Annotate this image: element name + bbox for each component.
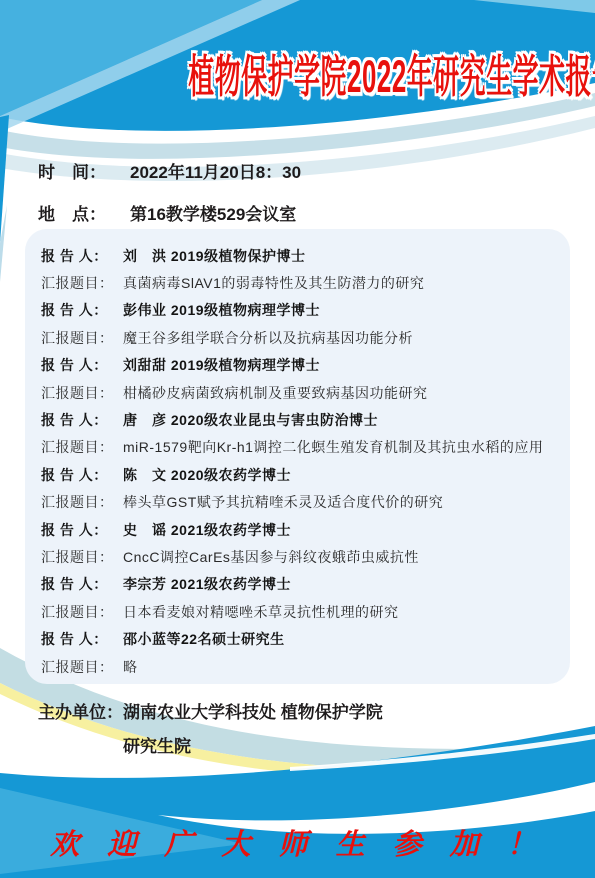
organizer-line2: 研究生院 (123, 730, 383, 764)
speaker-row: 报 告 人： 彭伟业 2019级植物病理学博士 (41, 297, 556, 324)
place-label: 地 点： (38, 200, 130, 225)
speaker-label: 报 告 人： (41, 574, 123, 594)
topic-value: 棒头草GST赋予其抗精喹禾灵及适合度代价的研究 (123, 492, 443, 512)
speaker-value: 陈 文 2020级农药学博士 (123, 465, 291, 485)
topic-value: 柑橘砂皮病菌致病机制及重要致病基因功能研究 (123, 383, 428, 403)
organizer-names: 湖南农业大学科技处 植物保护学院 (123, 696, 383, 730)
topic-value: 日本看麦娘对精噁唑禾草灵抗性机理的研究 (123, 602, 399, 622)
speaker-label: 报 告 人： (41, 465, 123, 485)
time-value: 2022年11月20日8：30 (130, 158, 301, 183)
welcome-wrap: 欢 迎 广 大 师 生 参 加 ！ (0, 822, 595, 863)
speaker-label: 报 告 人： (41, 410, 123, 430)
place-value: 第16教学楼529会议室 (130, 200, 296, 225)
speaker-label: 报 告 人： (41, 246, 123, 266)
time-row: 时 间： 2022年11月20日8：30 (38, 158, 301, 183)
time-label: 时 间： (38, 158, 130, 183)
speaker-value: 李宗芳 2021级农药学博士 (123, 574, 291, 594)
speaker-row: 报 告 人： 史 谣 2021级农药学博士 (41, 516, 556, 543)
topic-label: 汇报题目： (41, 273, 123, 293)
topic-row: 汇报题目： 棒头草GST赋予其抗精喹禾灵及适合度代价的研究 (41, 489, 556, 516)
topic-row: 汇报题目： CncC调控CarEs基因参与斜纹夜蛾茚虫威抗性 (41, 543, 556, 570)
speaker-value: 刘 洪 2019级植物保护博士 (123, 246, 306, 266)
speaker-row: 报 告 人： 刘甜甜 2019级植物病理学博士 (41, 352, 556, 379)
topic-label: 汇报题目： (41, 547, 123, 567)
welcome-text: 欢 迎 广 大 师 生 参 加 ！ (50, 827, 545, 861)
topic-label: 汇报题目： (41, 492, 123, 512)
topic-value: miR-1579靶向Kr-h1调控二化螟生殖发育机制及其抗虫水稻的应用 (123, 437, 543, 457)
topic-row: 汇报题目： 真菌病毒SlAV1的弱毒特性及其生防潜力的研究 (41, 269, 556, 296)
topic-value: 真菌病毒SlAV1的弱毒特性及其生防潜力的研究 (123, 273, 424, 293)
topic-label: 汇报题目： (41, 383, 123, 403)
topic-row: 汇报题目： 略 (41, 653, 556, 680)
topic-row: 汇报题目： 柑橘砂皮病菌致病机制及重要致病基因功能研究 (41, 379, 556, 406)
speaker-label: 报 告 人： (41, 355, 123, 375)
topic-row: 汇报题目： miR-1579靶向Kr-h1调控二化螟生殖发育机制及其抗虫水稻的应… (41, 434, 556, 461)
topic-value: CncC调控CarEs基因参与斜纹夜蛾茚虫威抗性 (123, 547, 419, 567)
speaker-row: 报 告 人： 陈 文 2020级农药学博士 (41, 461, 556, 488)
speaker-row: 报 告 人： 邵小蓝等22名硕士研究生 (41, 625, 556, 652)
agenda-panel: 报 告 人： 刘 洪 2019级植物保护博士 汇报题目： 真菌病毒SlAV1的弱… (25, 229, 570, 684)
topic-row: 汇报题目： 魔王谷多组学联合分析以及抗病基因功能分析 (41, 324, 556, 351)
speaker-value: 邵小蓝等22名硕士研究生 (123, 629, 285, 649)
speaker-value: 彭伟业 2019级植物病理学博士 (123, 300, 320, 320)
speaker-row: 报 告 人： 李宗芳 2021级农药学博士 (41, 571, 556, 598)
topic-value: 略 (123, 657, 138, 677)
topic-label: 汇报题目： (41, 328, 123, 348)
speaker-label: 报 告 人： (41, 520, 123, 540)
topic-row: 汇报题目： 日本看麦娘对精噁唑禾草灵抗性机理的研究 (41, 598, 556, 625)
organizer-line1: 主办单位： 湖南农业大学科技处 植物保护学院 (38, 696, 383, 730)
poster-title: 植物保护学院2022年研究生学术报告交流会 (188, 40, 595, 105)
speaker-value: 史 谣 2021级农药学博士 (123, 520, 291, 540)
topic-label: 汇报题目： (41, 437, 123, 457)
topic-label: 汇报题目： (41, 602, 123, 622)
organizer-label: 主办单位： (38, 696, 123, 730)
topic-label: 汇报题目： (41, 657, 123, 677)
speaker-label: 报 告 人： (41, 300, 123, 320)
poster: 植物保护学院2022年研究生学术报告交流会 时 间： 2022年11月20日8：… (0, 0, 595, 878)
speaker-label: 报 告 人： (41, 629, 123, 649)
title-wrap: 植物保护学院2022年研究生学术报告交流会 (0, 40, 595, 105)
speaker-value: 唐 彦 2020级农业昆虫与害虫防治博士 (123, 410, 378, 430)
speaker-value: 刘甜甜 2019级植物病理学博士 (123, 355, 320, 375)
topic-value: 魔王谷多组学联合分析以及抗病基因功能分析 (123, 328, 413, 348)
info-block: 时 间： 2022年11月20日8：30 地 点： 第16教学楼529会议室 (38, 158, 301, 242)
speaker-row: 报 告 人： 唐 彦 2020级农业昆虫与害虫防治博士 (41, 406, 556, 433)
place-row: 地 点： 第16教学楼529会议室 (38, 200, 301, 225)
speaker-row: 报 告 人： 刘 洪 2019级植物保护博士 (41, 242, 556, 269)
organizer-block: 主办单位： 湖南农业大学科技处 植物保护学院 研究生院 (38, 696, 383, 764)
